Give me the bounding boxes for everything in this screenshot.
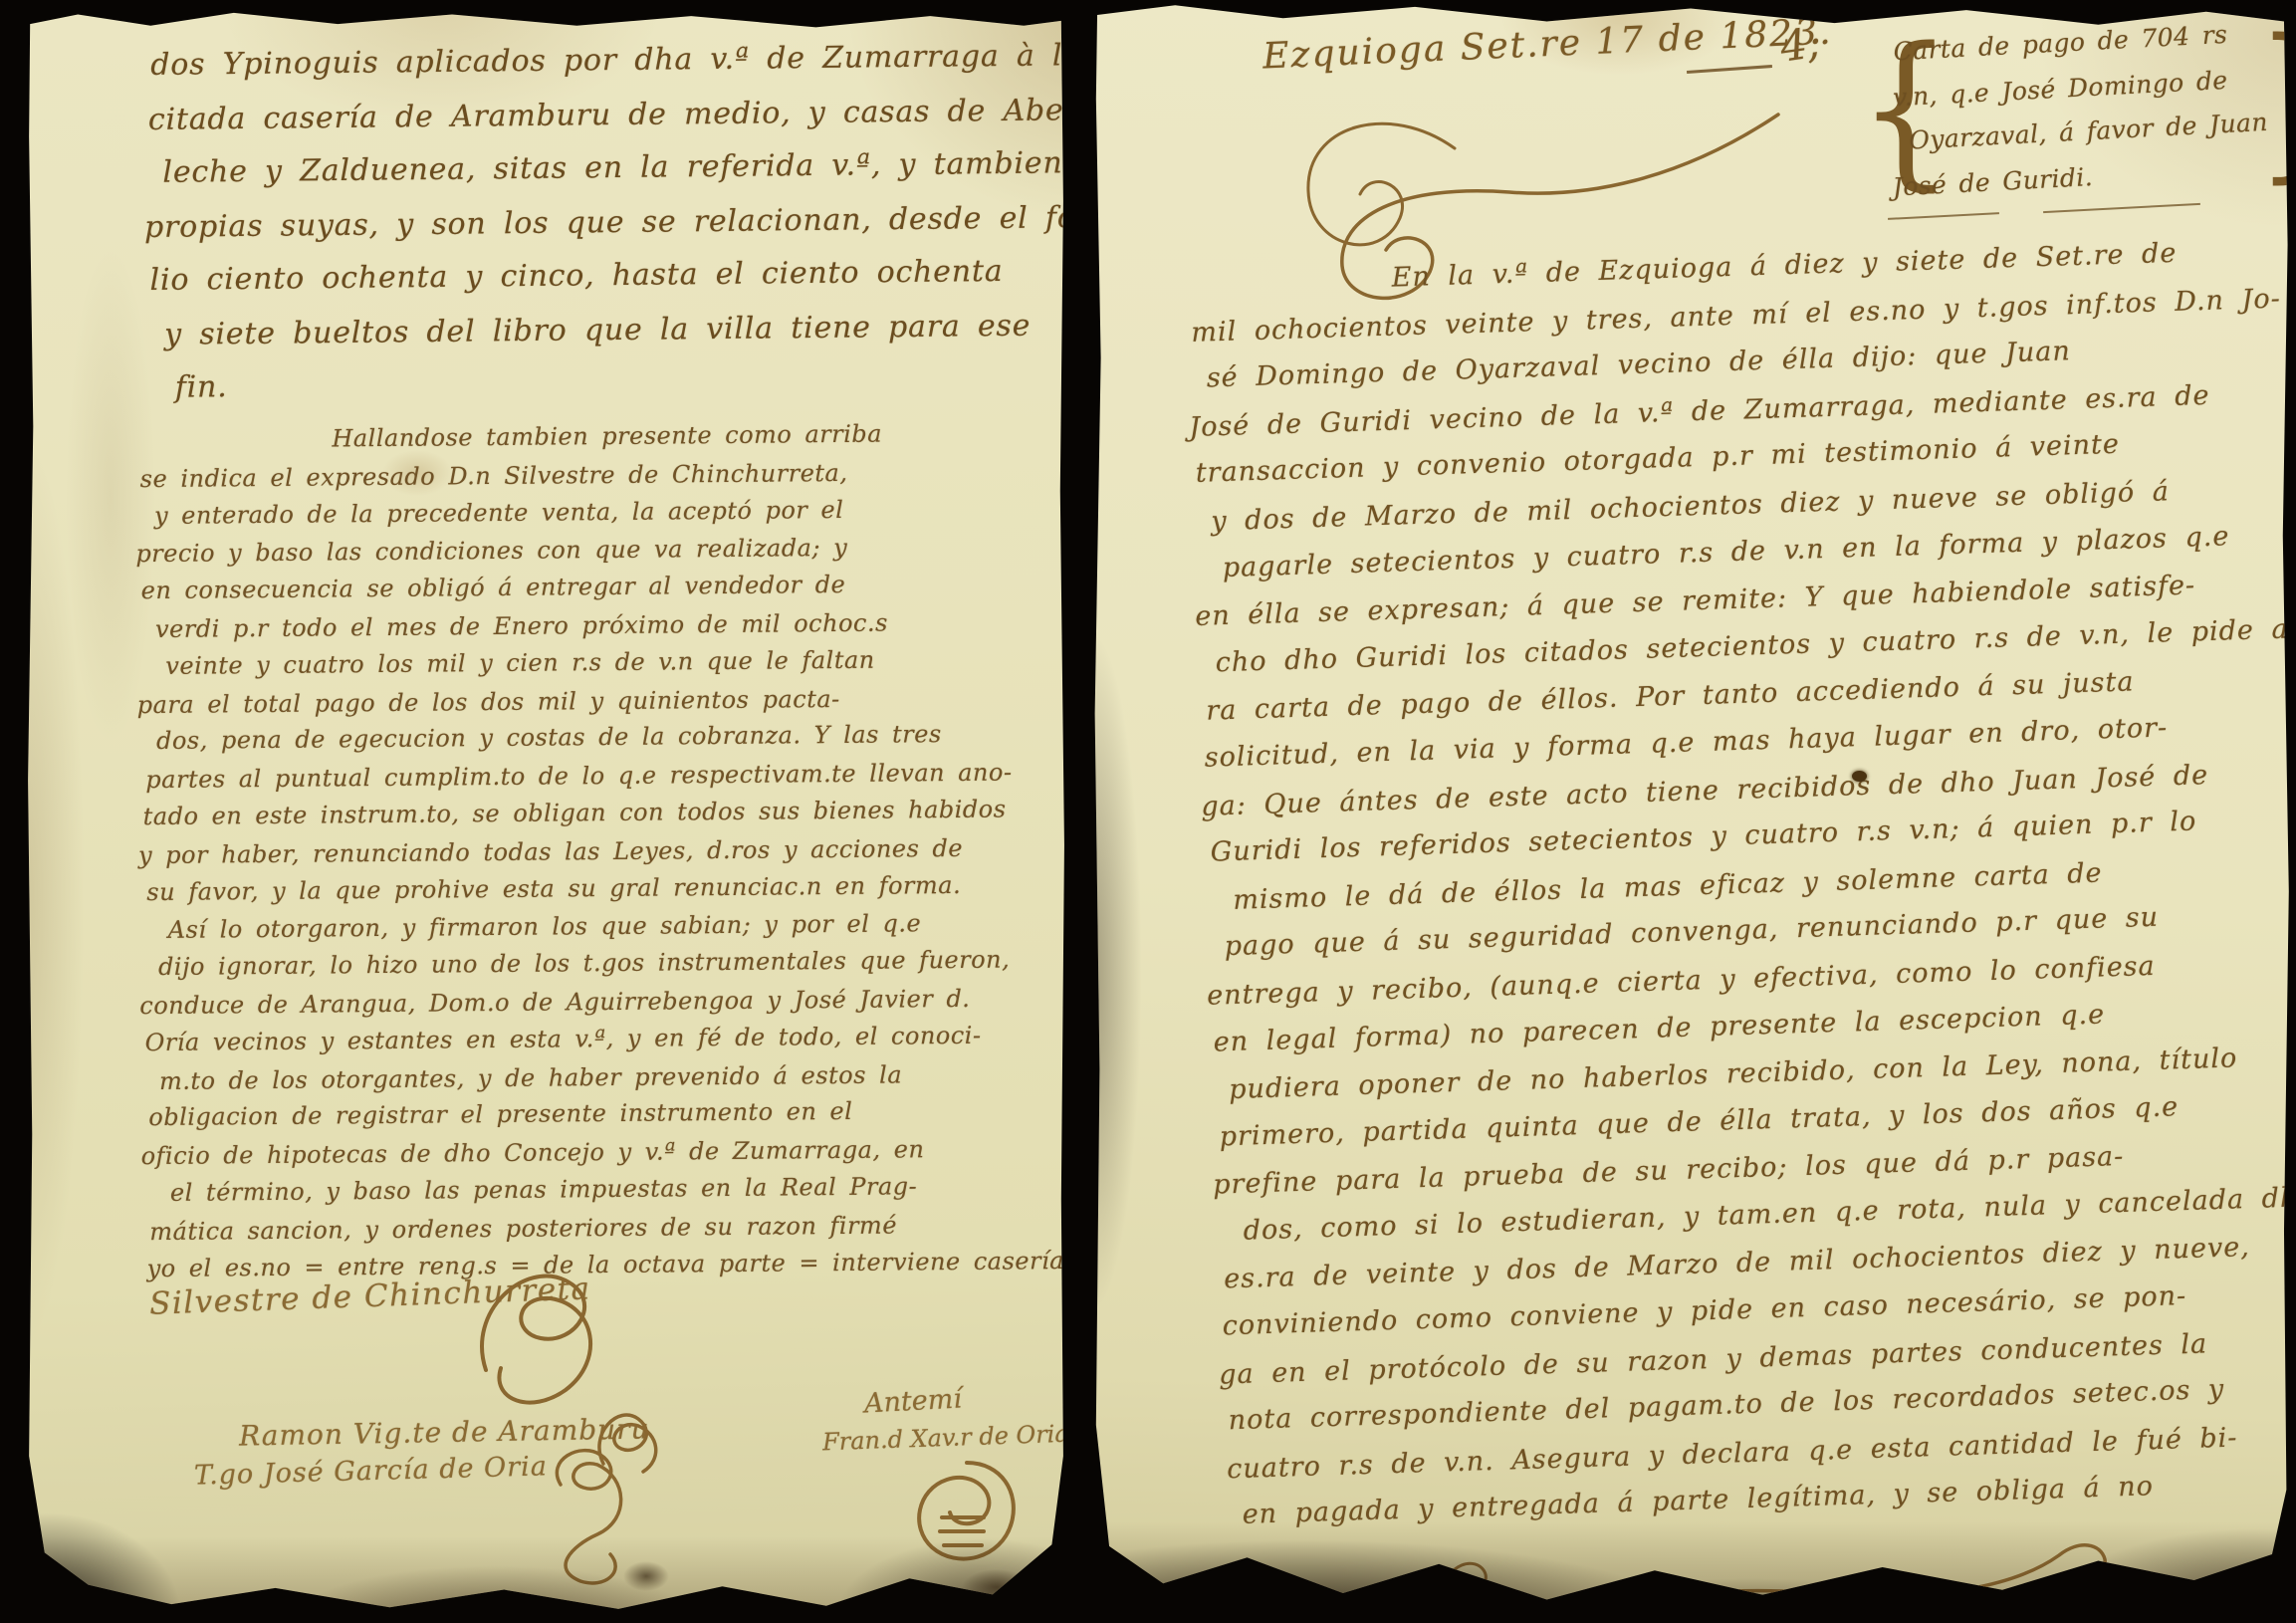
folio-mark: 4; <box>1777 17 1824 71</box>
closing-swash-flourish <box>1420 1523 2117 1613</box>
notary-rubric <box>902 1448 1032 1577</box>
left-page: dos Ypinoguis aplicados por dha v.ª de Z… <box>26 8 1065 1617</box>
deed-body: En la v.ª de Ezquioga á diez y siete de … <box>1189 226 2296 1540</box>
dateline-rule <box>1687 65 1772 74</box>
margin-brace-right: } <box>2254 0 2296 213</box>
manuscript-scan: dos Ypinoguis aplicados por dha v.ª de Z… <box>0 0 2296 1623</box>
right-page: Ezquioga Set.re 17 de 1823. 4; { Carta d… <box>1091 2 2290 1619</box>
ink-blot <box>1852 771 1867 782</box>
manuscript-line: leche y Zalduenea, sitas en la referida … <box>162 136 1105 200</box>
left-paragraph-2: Hallandose tambien presente como arribas… <box>139 414 1085 1288</box>
signature-notary-antemi: Antemí <box>863 1383 962 1419</box>
left-paragraph-1: dos Ypinoguis aplicados por dha v.ª de Z… <box>147 29 1094 415</box>
margin-note: Carta de pago de 704 rsv.n, q.e José Dom… <box>1890 11 2258 209</box>
manuscript-line: dos Ypinoguis aplicados por dha v.ª de Z… <box>150 29 1093 93</box>
manuscript-line: lio ciento ochenta y cinco, hasta el cie… <box>149 244 1092 308</box>
manuscript-line: fin. <box>174 351 1117 415</box>
signature-rubric <box>536 1440 645 1589</box>
margin-note-underline <box>2043 203 2200 213</box>
signature-jose-garcia-oria: T.go José García de Oria <box>194 1451 549 1491</box>
